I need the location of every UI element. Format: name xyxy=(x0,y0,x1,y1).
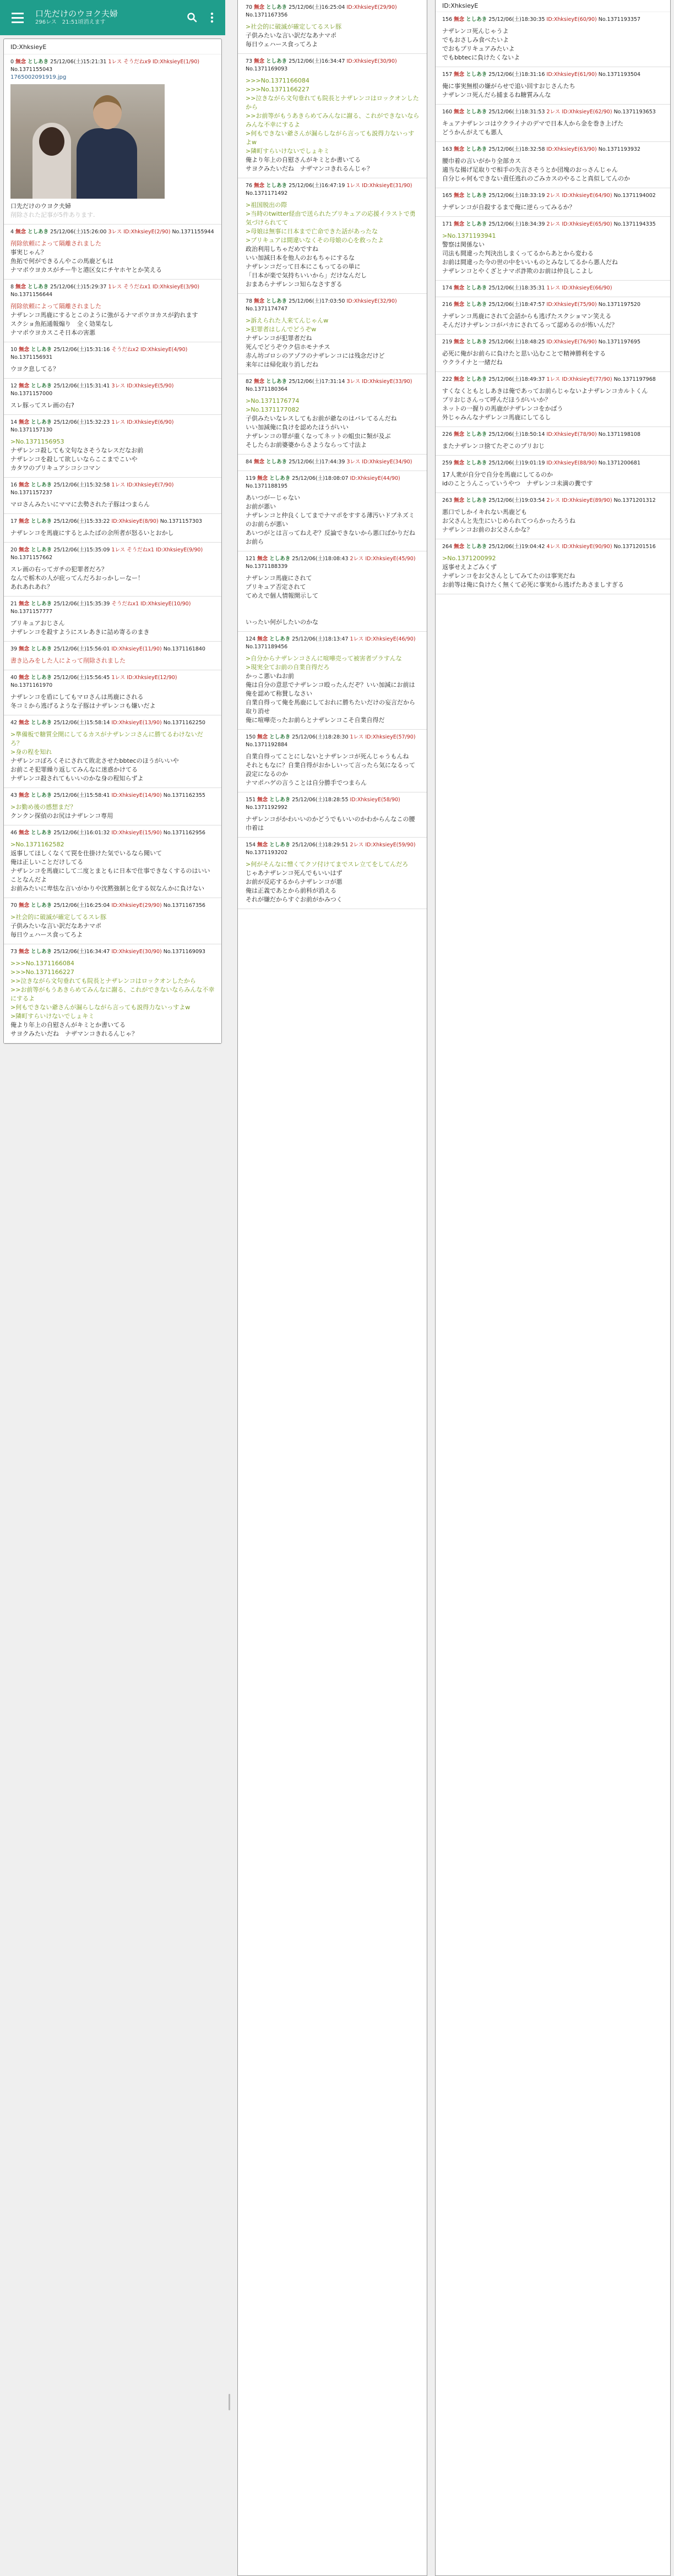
post-number: 124 xyxy=(246,636,256,642)
quote-line[interactable]: >No.1371176774 xyxy=(246,397,420,406)
poster-id[interactable]: ID:XhksieyE(46/90) xyxy=(365,636,415,642)
post-body: 削除依頼によって隔離されました事実じゃん？魚拓で何ができるんやこの馬鹿どもはナマ… xyxy=(10,239,215,275)
body-line: ナザレンコを殺すようにスレあきに詰め寄るのまき xyxy=(10,628,215,637)
quote-line[interactable]: >準備板で糖質全開にしてるカスがナザレンコさんに勝てるわけないだろ？ xyxy=(10,730,215,748)
poster-id[interactable]: ID:XhksieyE(76/90) xyxy=(547,339,597,345)
subject-label: 無念 xyxy=(19,482,29,488)
poster-id[interactable]: ID:XhksieyE(64/90) xyxy=(562,193,612,199)
poster-id[interactable]: ID:XhksieyE(34/90) xyxy=(362,459,412,465)
poster-id[interactable]: ID:XhksieyE(60/90) xyxy=(547,17,597,23)
post[interactable]: 70 無念 としあき 25/12/06(土)16:25:04 ID:Xhksie… xyxy=(238,0,427,54)
poster-name: としあき xyxy=(466,376,487,382)
post-no[interactable]: No.1371161840 xyxy=(164,646,205,652)
quote-line[interactable]: >隣町すらいけないでしょキミ xyxy=(10,1012,215,1021)
poster-id[interactable]: ID:XhksieyE(65/90) xyxy=(562,221,612,227)
poster-name: としあき xyxy=(269,797,290,803)
post-no[interactable]: No.1371201516 xyxy=(614,544,656,550)
body-line: ナザレンコ馬鹿にするとこのように強がるナマポウヨカスが釣れます xyxy=(10,311,215,320)
post-no[interactable]: No.1371169093 xyxy=(246,66,287,72)
post-no[interactable]: No.1371197968 xyxy=(614,376,656,382)
post-no[interactable]: No.1371192884 xyxy=(246,742,287,748)
post-meta: 157 無念 としあき 25/12/06(土)18:31:16 ID:Xhksi… xyxy=(442,71,664,79)
body-line: 悪口でしかイキれない馬鹿ども xyxy=(442,508,664,517)
poster-id[interactable]: ID:XhksieyE(1/90) xyxy=(153,59,199,65)
thread-image[interactable] xyxy=(10,84,165,199)
post[interactable]: 171 無念 としあき 25/12/06(土)18:34:39 2レス ID:X… xyxy=(436,217,670,281)
reply-count[interactable]: 3レス xyxy=(112,383,126,389)
body-line: ナマポウヨカスこそ日本の害悪 xyxy=(10,329,215,337)
post[interactable]: 20 無念 としあき 25/12/06(土)15:35:09 1レス そうだねx… xyxy=(4,543,221,597)
post[interactable]: 219 無念 としあき 25/12/06(土)18:48:25 ID:Xhksi… xyxy=(436,335,670,372)
quote-line[interactable]: >No.1371162582 xyxy=(10,840,215,849)
poster-id[interactable]: ID:XhksieyE(29/90) xyxy=(112,903,162,909)
body-line: またナザレンコ捨てたぞこのプリおじ xyxy=(442,442,664,451)
post[interactable]: 46 無念 としあき 25/12/06(土)16:01:32 ID:Xhksie… xyxy=(4,825,221,898)
poster-name: としあき xyxy=(31,903,52,909)
post-no[interactable]: No.1371197520 xyxy=(599,302,640,308)
poster-id[interactable]: ID:XhksieyE(30/90) xyxy=(347,58,397,64)
poster-id[interactable]: ID:XhksieyE(44/90) xyxy=(350,475,400,482)
body-line: ナザレンコ馬鹿にされて xyxy=(246,574,420,583)
post[interactable]: 165 無念 としあき 25/12/06(土)18:33:19 2レス ID:X… xyxy=(436,188,670,217)
body-line: ナザレンコが自殺するまで俺に逆らってみるか？ xyxy=(442,203,664,212)
reply-count[interactable]: 4レス xyxy=(547,544,561,550)
post-no[interactable]: No.1371198108 xyxy=(599,431,640,437)
posts-container: 70 無念 としあき 25/12/06(土)16:25:04 ID:Xhksie… xyxy=(238,0,427,909)
quote-line[interactable]: >身の程を知れ xyxy=(10,748,215,757)
post[interactable]: 84 無念 としあき 25/12/06(土)17:44:39 3レス ID:Xh… xyxy=(238,455,427,471)
reply-count[interactable]: 3レス xyxy=(108,229,122,235)
post-number: 150 xyxy=(246,734,256,740)
body-line: お前が悪い xyxy=(246,502,420,511)
post[interactable]: 160 無念 としあき 25/12/06(土)18:31:53 2レス ID:X… xyxy=(436,105,670,142)
soudane-count[interactable]: そうだねx1 xyxy=(112,601,139,607)
quote-line[interactable]: >母娘は無事に日本まで亡命できた話があったな xyxy=(246,227,420,236)
post-no[interactable]: No.1371157777 xyxy=(10,609,52,615)
post-no[interactable]: No.1371193202 xyxy=(246,850,287,856)
poster-name: としあき xyxy=(31,792,52,798)
post-no[interactable]: No.1371171492 xyxy=(246,190,287,196)
post-number: 222 xyxy=(442,376,452,382)
body-line: 「日本が楽で気持ちいいから」だけなんだし xyxy=(246,271,420,280)
post-no[interactable]: No.1371167356 xyxy=(164,903,205,909)
post-meta: 12 無念 としあき 25/12/06(土)15:31:41 3レス ID:Xh… xyxy=(10,382,215,398)
post-number: 10 xyxy=(10,347,17,353)
post[interactable]: 226 無念 としあき 25/12/06(土)18:50:14 ID:Xhksi… xyxy=(436,427,670,456)
thread-title: 口先だけのウヨク夫婦 xyxy=(35,9,182,19)
quote-line[interactable]: >No.1371193941 xyxy=(442,232,664,240)
post-date: 25/12/06(土)19:03:54 xyxy=(488,497,545,504)
body-line: サヨクみたいだね ナザマンコきれるんじゃ？ xyxy=(246,165,420,173)
poster-id[interactable]: ID:XhksieyE(31/90) xyxy=(362,183,412,189)
post-meta: 8 無念 としあき 25/12/06(土)15:29:37 1レス そうだねx1… xyxy=(10,283,215,299)
reply-count[interactable]: 1レス xyxy=(112,675,126,681)
subject-label: 無念 xyxy=(454,544,464,550)
quote-line[interactable]: >No.1371177082 xyxy=(246,406,420,414)
post-no[interactable]: No.1371162355 xyxy=(164,792,205,798)
post-meta: 84 無念 としあき 25/12/06(土)17:44:39 3レス ID:Xh… xyxy=(246,458,420,466)
post-no[interactable]: No.1371155944 xyxy=(172,229,214,235)
poster-id[interactable]: ID:XhksieyE(45/90) xyxy=(365,556,415,562)
soudane-count[interactable]: そうだねx2 xyxy=(112,347,139,353)
post[interactable]: 42 無念 としあき 25/12/06(土)15:58:14 ID:Xhksie… xyxy=(4,715,221,788)
post-body: >No.1371193941警察は関係ない司法も間違った判決出しまくってるからあ… xyxy=(442,232,664,276)
post-no[interactable]: No.1371167356 xyxy=(246,12,287,18)
body-line: ナザレンコを殺して欲しいならここまでこいや xyxy=(10,455,215,464)
body-line: そんだけナザレンコがバカにされてるって認めるのが怖いんだ？ xyxy=(442,321,664,330)
poster-id[interactable]: ID:XhksieyE(61/90) xyxy=(547,72,597,78)
post-number: 119 xyxy=(246,475,256,482)
post-no[interactable]: No.1371156644 xyxy=(10,292,52,298)
body-line: プリキュア否定されて xyxy=(246,583,420,592)
post[interactable]: 151 無念 としあき 25/12/06(土)18:28:55 ID:Xhksi… xyxy=(238,792,427,838)
post-meta: 119 無念 としあき 25/12/06(土)18:08:07 ID:Xhksi… xyxy=(246,475,420,490)
reply-count[interactable]: 2レス xyxy=(547,497,561,504)
subject-label: 無念 xyxy=(19,547,29,553)
quote-line[interactable]: >>お前等がもうあきらめてみんなに謝る、これができないならみんな不幸にするよ xyxy=(10,986,215,1003)
post[interactable]: 78 無念 としあき 25/12/06(土)17:03:50 ID:Xhksie… xyxy=(238,294,427,374)
post-number: 76 xyxy=(246,183,252,189)
subject-label: 無念 xyxy=(15,59,26,65)
post-number: 46 xyxy=(10,830,17,836)
reply-count[interactable]: 1レス xyxy=(350,636,364,642)
post[interactable]: 10 無念 としあき 25/12/06(土)15:31:16 そうだねx2 ID… xyxy=(4,342,221,379)
soudane-count[interactable]: そうだねx9 xyxy=(123,59,151,65)
post[interactable]: 82 無念 としあき 25/12/06(土)17:31:14 3レス ID:Xh… xyxy=(238,374,427,455)
quote-line[interactable]: >祖国脱出の際 xyxy=(246,201,420,210)
post-no[interactable]: No.1371197695 xyxy=(599,339,640,345)
phone-screen-2: 70 無念 としあき 25/12/06(土)16:25:04 ID:Xhksie… xyxy=(225,0,433,2576)
quote-line[interactable]: >現実全てお前の自業自得だろ xyxy=(246,663,420,672)
post-no[interactable]: No.1371162956 xyxy=(164,830,205,836)
body-line: ナザレンコお前のお父さんかな？ xyxy=(442,526,664,534)
post[interactable]: 259 無念 としあき 25/12/06(土)19:01:19 ID:Xhksi… xyxy=(436,456,670,493)
post-body: >社会的に破滅が確定してるスレ豚子供みたいな言い訳だなあナマポ毎日ウェハース食っ… xyxy=(246,23,420,49)
poster-id[interactable]: ID:XhksieyE(11/90) xyxy=(112,646,162,652)
post[interactable]: 14 無念 としあき 25/12/06(土)15:32:23 1レス ID:Xh… xyxy=(4,415,221,478)
id-filter-label: ID:XhksieyE xyxy=(4,39,221,54)
poster-name: としあき xyxy=(31,383,52,389)
poster-name: としあき xyxy=(31,482,52,488)
poster-id[interactable]: ID:XhksieyE(59/90) xyxy=(365,842,415,848)
subject-label: 無念 xyxy=(454,221,464,227)
post-number: 16 xyxy=(10,482,17,488)
quote-line[interactable]: >自分からナザレンコさんに喧嘩売って被害者ヅラすんな xyxy=(246,654,420,663)
post-no[interactable]: No.1371174747 xyxy=(246,306,287,312)
body-line: お前等は俺に負けたく無くて必死に事実から逃げたあさましすぎる xyxy=(442,581,664,589)
poster-id[interactable]: ID:XhksieyE(5/90) xyxy=(127,383,173,389)
post-body: >No.1371200992返事せえよごみくずナザレンコをお父さんとしてみてたの… xyxy=(442,554,664,589)
body-line: ナザレンコを馬鹿にするとふたばの余所者が怒るいとおかし xyxy=(10,529,215,538)
body-line: 俺に喧嘩売ったお前らとナザレンコこそ自業自得だ xyxy=(246,716,420,725)
post[interactable]: 156 無念 としあき 25/12/06(土)18:30:35 ID:Xhksi… xyxy=(436,12,670,67)
post-body: 自業自得ってことにしないとナザレンコが死んじゃうもんねそれともなに？自業自得がお… xyxy=(246,752,420,787)
reply-count[interactable]: 1レス xyxy=(112,547,126,553)
poster-name: としあき xyxy=(28,284,48,290)
quote-line[interactable]: >>泣きながら文句垂れても院長とナザレンコはロックオンしたから xyxy=(10,977,215,986)
poster-name: としあき xyxy=(466,285,487,291)
post[interactable]: 73 無念 としあき 25/12/06(土)16:34:47 ID:Xhksie… xyxy=(4,944,221,1043)
post-meta: 76 無念 としあき 25/12/06(土)16:47:19 1レス ID:Xh… xyxy=(246,182,420,198)
subject-label: 無念 xyxy=(454,193,464,199)
poster-id[interactable]: ID:XhksieyE(7/90) xyxy=(127,482,173,488)
post-no[interactable]: No.1371169093 xyxy=(164,949,205,955)
post[interactable]: 264 無念 としあき 25/12/06(土)19:04:42 4レス ID:X… xyxy=(436,539,670,594)
scrollbar[interactable] xyxy=(229,2394,230,2410)
poster-name: としあき xyxy=(466,221,487,227)
post-no[interactable]: No.1371188339 xyxy=(246,564,287,570)
quote-line[interactable]: >No.1371156953 xyxy=(10,437,215,446)
post-number: 163 xyxy=(442,146,452,152)
poster-id[interactable]: ID:XhksieyE(78/90) xyxy=(547,431,597,437)
body-line: 毎日ウェハース食ってろよ xyxy=(10,931,215,939)
post-no[interactable]: No.1371161970 xyxy=(10,682,52,688)
screenshot-collage: 口先だけのウヨク夫婦 296レス 21:51頃消えます ID:XhksieyE … xyxy=(0,0,674,2576)
quote-line[interactable]: >隣町すらいけないでしょキミ xyxy=(246,147,420,156)
poster-id[interactable]: ID:XhksieyE(66/90) xyxy=(562,285,612,291)
quote-line[interactable]: >>>No.1371166227 xyxy=(246,85,420,94)
post-no[interactable]: No.1371157000 xyxy=(10,391,52,397)
reply-count[interactable]: 1レス xyxy=(547,285,561,291)
post-meta: 16 無念 としあき 25/12/06(土)15:32:58 1レス ID:Xh… xyxy=(10,482,215,497)
post[interactable]: 39 無念 としあき 25/12/06(土)15:56:01 ID:Xhksie… xyxy=(4,642,221,670)
quote-line[interactable]: >何もできない爺さんが漏らしながら言っても説得力ないっすよw xyxy=(246,129,420,147)
poster-id[interactable]: ID:XhksieyE(89/90) xyxy=(562,497,612,504)
poster-id[interactable]: ID:XhksieyE(90/90) xyxy=(562,544,612,550)
quote-line[interactable]: >何がそんなに憎くてクソ付けてまでスレ立てをしてんだろ xyxy=(246,860,420,869)
poster-name: としあき xyxy=(266,58,287,64)
reply-count[interactable]: 1レス xyxy=(350,734,364,740)
attachment-link[interactable]: 1765002091919.jpg xyxy=(10,74,215,81)
post-no[interactable]: No.1371193932 xyxy=(599,146,640,152)
post-body: 腰巾着の言いがかり全部カス適当な揚げ足取りで相手の失言さそうとか団塊のおっさんじ… xyxy=(442,157,664,183)
post-no[interactable]: No.1371194002 xyxy=(614,193,656,199)
poster-name: としあき xyxy=(466,193,487,199)
quote-line[interactable]: >当時のtwitter経由で送られたプリキュアの応援イラストで勇気づけられてて xyxy=(246,210,420,227)
reply-count[interactable]: 2レス xyxy=(547,109,561,115)
post-no[interactable]: No.1371193357 xyxy=(599,17,640,23)
post[interactable]: 157 無念 としあき 25/12/06(土)18:31:16 ID:Xhksi… xyxy=(436,67,670,105)
post[interactable]: 222 無念 としあき 25/12/06(土)18:49:37 1レス ID:X… xyxy=(436,372,670,427)
post[interactable]: 21 無念 としあき 25/12/06(土)15:35:39 そうだねx1 ID… xyxy=(4,597,221,642)
body-line: ウヨク息してる？ xyxy=(10,365,215,374)
body-line: サヨクみたいだね ナザマンコきれるんじゃ？ xyxy=(10,1030,215,1038)
post-no[interactable]: No.1371157237 xyxy=(10,490,52,496)
post-meta: 226 無念 としあき 25/12/06(土)18:50:14 ID:Xhksi… xyxy=(442,431,664,439)
body-line: ナザレンコと仲良くしてまでナマポをすする薄汚いドブネズミのお前らが悪い xyxy=(246,511,420,529)
post[interactable]: 43 無念 としあき 25/12/06(土)15:58:41 ID:Xhksie… xyxy=(4,788,221,825)
poster-name: としあき xyxy=(31,949,52,955)
reply-count[interactable]: 1レス xyxy=(547,376,561,382)
subject-label: 無念 xyxy=(15,284,26,290)
poster-id[interactable]: ID:XhksieyE(30/90) xyxy=(112,949,162,955)
reply-count[interactable]: 1レス xyxy=(108,284,122,290)
post[interactable]: 216 無念 としあき 25/12/06(土)18:47:57 ID:Xhksi… xyxy=(436,297,670,335)
post-number: 21 xyxy=(10,601,17,607)
subject-label: 無念 xyxy=(19,518,29,524)
post-no[interactable]: No.1371192992 xyxy=(246,805,287,811)
post-body: あいつがーじゃないお前が悪いナザレンコと仲良くしてまでナマポをすする薄汚いドブネ… xyxy=(246,494,420,546)
poster-id[interactable]: ID:XhksieyE(3/90) xyxy=(153,284,199,290)
post-no[interactable]: No.1371189456 xyxy=(246,644,287,650)
poster-id[interactable]: ID:XhksieyE(13/90) xyxy=(112,720,162,726)
poster-id[interactable]: ID:XhksieyE(75/90) xyxy=(547,302,597,308)
poster-id[interactable]: ID:XhksieyE(14/90) xyxy=(112,792,162,798)
post[interactable]: 40 無念 としあき 25/12/06(土)15:56:45 1レス ID:Xh… xyxy=(4,670,221,715)
body-line: ナザレンコ殺されてもいいのかな身の程知らずよ xyxy=(10,774,215,783)
post-no[interactable]: No.1371157662 xyxy=(10,555,52,561)
subject-label: 無念 xyxy=(454,376,464,382)
body-line: 俺より年上の自慰さんがキミとか書いてる xyxy=(10,1021,215,1030)
post-number: 40 xyxy=(10,675,17,681)
post-body: >>>No.1371166084>>>No.1371166227>>泣きながら文… xyxy=(246,76,420,173)
quote-line[interactable]: >>お前等がもうあきらめてみんなに謝る、これができないならみんな不幸にするよ xyxy=(246,112,420,129)
poster-id[interactable]: ID:XhksieyE(4/90) xyxy=(140,347,187,353)
quote-line[interactable]: >訴えられた人来てんじゃんw xyxy=(246,316,420,325)
post-no[interactable]: No.1371157130 xyxy=(10,427,52,433)
post-meta: 43 無念 としあき 25/12/06(土)15:58:41 ID:Xhksie… xyxy=(10,792,215,800)
post-no[interactable]: No.1371200681 xyxy=(599,460,640,466)
post-body: プリキュアおじさんナザレンコを殺すようにスレあきに詰め寄るのまき xyxy=(10,619,215,637)
quote-line[interactable]: >>>No.1371166227 xyxy=(10,968,215,977)
post-no[interactable]: No.1371188195 xyxy=(246,483,287,489)
post[interactable]: 174 無念 としあき 25/12/06(土)18:35:31 1レス ID:X… xyxy=(436,281,670,297)
post-no[interactable]: No.1371156931 xyxy=(10,354,52,360)
quote-line[interactable]: >犯罪者はしんでどうぞw xyxy=(246,325,420,334)
poster-id[interactable]: ID:XhksieyE(77/90) xyxy=(562,376,612,382)
post-no[interactable]: No.1371194335 xyxy=(614,221,656,227)
body-line: マロさんみたいにママに去勢された子豚はつまらん xyxy=(10,500,215,509)
reply-count[interactable]: 2レス xyxy=(350,842,364,848)
post[interactable]: 124 無念 としあき 25/12/06(土)18:13:47 1レス ID:X… xyxy=(238,632,427,730)
quote-line[interactable]: >>>No.1371166084 xyxy=(10,959,215,968)
poster-id[interactable]: ID:XhksieyE(63/90) xyxy=(547,146,597,152)
post[interactable]: 73 無念 としあき 25/12/06(土)16:34:47 ID:Xhksie… xyxy=(238,54,427,178)
poster-name: としあき xyxy=(466,302,487,308)
post-date: 25/12/06(土)18:34:39 xyxy=(488,221,545,227)
menu-icon[interactable] xyxy=(6,6,30,30)
post[interactable]: 17 無念 としあき 25/12/06(土)15:33:22 ID:Xhksie… xyxy=(4,514,221,543)
reply-count[interactable]: 1レス xyxy=(112,419,126,425)
poster-id[interactable]: ID:XhksieyE(10/90) xyxy=(140,601,191,607)
post-number: 219 xyxy=(442,339,452,345)
post[interactable]: 12 無念 としあき 25/12/06(土)15:31:41 3レス ID:Xh… xyxy=(4,379,221,415)
post[interactable]: 150 無念 としあき 25/12/06(土)18:28:30 1レス ID:X… xyxy=(238,730,427,792)
poster-name: としあき xyxy=(466,339,487,345)
post-list: ID:XhksieyE 0 無念 としあき 25/12/06(土)15:21:3… xyxy=(3,39,222,1044)
post-body: 書き込みをした人によって削除されました xyxy=(10,657,215,665)
post[interactable]: 154 無念 としあき 25/12/06(土)18:29:51 2レス ID:X… xyxy=(238,838,427,909)
post-body: >準備板で糖質全開にしてるカスがナザレンコさんに勝てるわけないだろ？>身の程を知… xyxy=(10,730,215,783)
reply-count[interactable]: 2レス xyxy=(547,193,561,199)
post[interactable]: 8 無念 としあき 25/12/06(土)15:29:37 1レス そうだねx1… xyxy=(4,280,221,342)
post-meta: 14 無念 としあき 25/12/06(土)15:32:23 1レス ID:Xh… xyxy=(10,419,215,434)
post-date: 25/12/06(土)15:58:14 xyxy=(53,720,110,726)
post[interactable]: 70 無念 としあき 25/12/06(土)16:25:04 ID:Xhksie… xyxy=(4,898,221,944)
poster-name: としあき xyxy=(31,518,52,524)
soudane-count[interactable]: そうだねx1 xyxy=(127,547,154,553)
poster-id[interactable]: ID:XhksieyE(57/90) xyxy=(365,734,415,740)
post[interactable]: 76 無念 としあき 25/12/06(土)16:47:19 1レス ID:Xh… xyxy=(238,178,427,294)
body-line: じゃあナザレンコ死んでもいいはず xyxy=(246,869,420,878)
post[interactable]: 0 無念 としあき 25/12/06(土)15:21:31 1レス そうだねx9… xyxy=(4,54,221,225)
search-icon[interactable] xyxy=(182,8,202,28)
post-number: 78 xyxy=(246,298,252,304)
post[interactable]: 119 無念 としあき 25/12/06(土)18:08:07 ID:Xhksi… xyxy=(238,471,427,551)
post-no[interactable]: No.1371193653 xyxy=(614,109,656,115)
post[interactable]: 4 無念 としあき 25/12/06(土)15:26:00 3レス ID:Xhk… xyxy=(4,225,221,280)
reply-count[interactable]: 1レス xyxy=(108,59,122,65)
poster-id[interactable]: ID:XhksieyE(29/90) xyxy=(347,4,397,10)
poster-id[interactable]: ID:XhksieyE(33/90) xyxy=(362,379,412,385)
soudane-count[interactable]: そうだねx1 xyxy=(123,284,151,290)
poster-id[interactable]: ID:XhksieyE(15/90) xyxy=(112,830,162,836)
poster-name: としあき xyxy=(466,146,487,152)
post-body: >自分からナザレンコさんに喧嘩売って被害者ヅラすんな>現実全てお前の自業自得だろ… xyxy=(246,654,420,725)
post[interactable]: 263 無念 としあき 25/12/06(土)19:03:54 2レス ID:X… xyxy=(436,493,670,539)
quote-line[interactable]: >社会的に破滅が確定してるスレ豚 xyxy=(10,913,215,922)
poster-name: としあき xyxy=(269,556,290,562)
poster-id[interactable]: ID:XhksieyE(62/90) xyxy=(562,109,612,115)
poster-id[interactable]: ID:XhksieyE(88/90) xyxy=(547,460,597,466)
post-no[interactable]: No.1371193504 xyxy=(599,72,640,78)
post-number: 0 xyxy=(10,59,14,65)
quote-line[interactable]: >>>No.1371166084 xyxy=(246,76,420,85)
post-number: 8 xyxy=(10,284,14,290)
post-body: 悪口でしかイキれない馬鹿どもお父さんと先生にいじめられてつらかったろうねナザレン… xyxy=(442,508,664,534)
reply-count[interactable]: 2レス xyxy=(350,556,364,562)
post-meta: 20 無念 としあき 25/12/06(土)15:35:09 1レス そうだねx… xyxy=(10,546,215,562)
poster-id[interactable]: ID:XhksieyE(9/90) xyxy=(156,547,203,553)
body-line: ナマポハゲの言うことは自分勝手でつまらん xyxy=(246,779,420,787)
poster-id[interactable]: ID:XhksieyE(32/90) xyxy=(347,298,397,304)
post[interactable]: 16 無念 としあき 25/12/06(土)15:32:58 1レス ID:Xh… xyxy=(4,478,221,514)
post-no[interactable]: No.1371157303 xyxy=(160,518,202,524)
poster-id[interactable]: ID:XhksieyE(6/90) xyxy=(127,419,173,425)
quote-line[interactable]: >社会的に破滅が確定してるスレ豚 xyxy=(246,23,420,31)
poster-id[interactable]: ID:XhksieyE(58/90) xyxy=(350,797,400,803)
quote-line[interactable]: >お勤め後の感想まだ？ xyxy=(10,803,215,812)
poster-id[interactable]: ID:XhksieyE(8/90) xyxy=(112,518,159,524)
quote-line[interactable]: >No.1371200992 xyxy=(442,554,664,563)
poster-id[interactable]: ID:XhksieyE(2/90) xyxy=(123,229,170,235)
post[interactable]: 163 無念 としあき 25/12/06(土)18:32:58 ID:Xhksi… xyxy=(436,142,670,188)
reply-count[interactable]: 3レス xyxy=(347,459,361,465)
post-no[interactable]: No.1371155043 xyxy=(10,67,52,73)
post-meta: 42 無念 としあき 25/12/06(土)15:58:14 ID:Xhksie… xyxy=(10,719,215,727)
reply-count[interactable]: 3レス xyxy=(347,379,361,385)
reply-count[interactable]: 1レス xyxy=(347,183,361,189)
reply-count[interactable]: 2レス xyxy=(547,221,561,227)
more-vert-icon[interactable] xyxy=(202,8,222,28)
reply-count[interactable]: 1レス xyxy=(112,482,126,488)
deleted-message: 削除依頼によって隔離されました xyxy=(10,239,215,248)
post-no[interactable]: No.1371162250 xyxy=(164,720,205,726)
post-meta: 263 無念 としあき 25/12/06(土)19:03:54 2レス ID:X… xyxy=(442,497,664,505)
poster-name: としあき xyxy=(466,497,487,504)
quote-line[interactable]: >何もできない爺さんが漏らしながら言っても説得力ないっすよw xyxy=(10,1003,215,1012)
quote-line[interactable]: >>泣きながら文句垂れても院長とナザレンコはロックオンしたから xyxy=(246,94,420,112)
post-meta: 17 無念 としあき 25/12/06(土)15:33:22 ID:Xhksie… xyxy=(10,518,215,526)
post-date: 25/12/06(土)18:28:55 xyxy=(292,797,348,803)
post-no[interactable]: No.1371180364 xyxy=(246,386,287,392)
poster-id[interactable]: ID:XhksieyE(12/90) xyxy=(127,675,177,681)
post-meta: 163 無念 としあき 25/12/06(土)18:32:58 ID:Xhksi… xyxy=(442,146,664,154)
quote-line[interactable]: >プリキュアは間違いなくその母娘の心を救ったよ xyxy=(246,236,420,245)
post[interactable]: 121 無念 としあき 25/12/06(土)18:08:43 2レス ID:X… xyxy=(238,551,427,632)
body-line: てめえで個人情報開示して xyxy=(246,592,420,600)
post-no[interactable]: No.1371201312 xyxy=(614,497,656,504)
